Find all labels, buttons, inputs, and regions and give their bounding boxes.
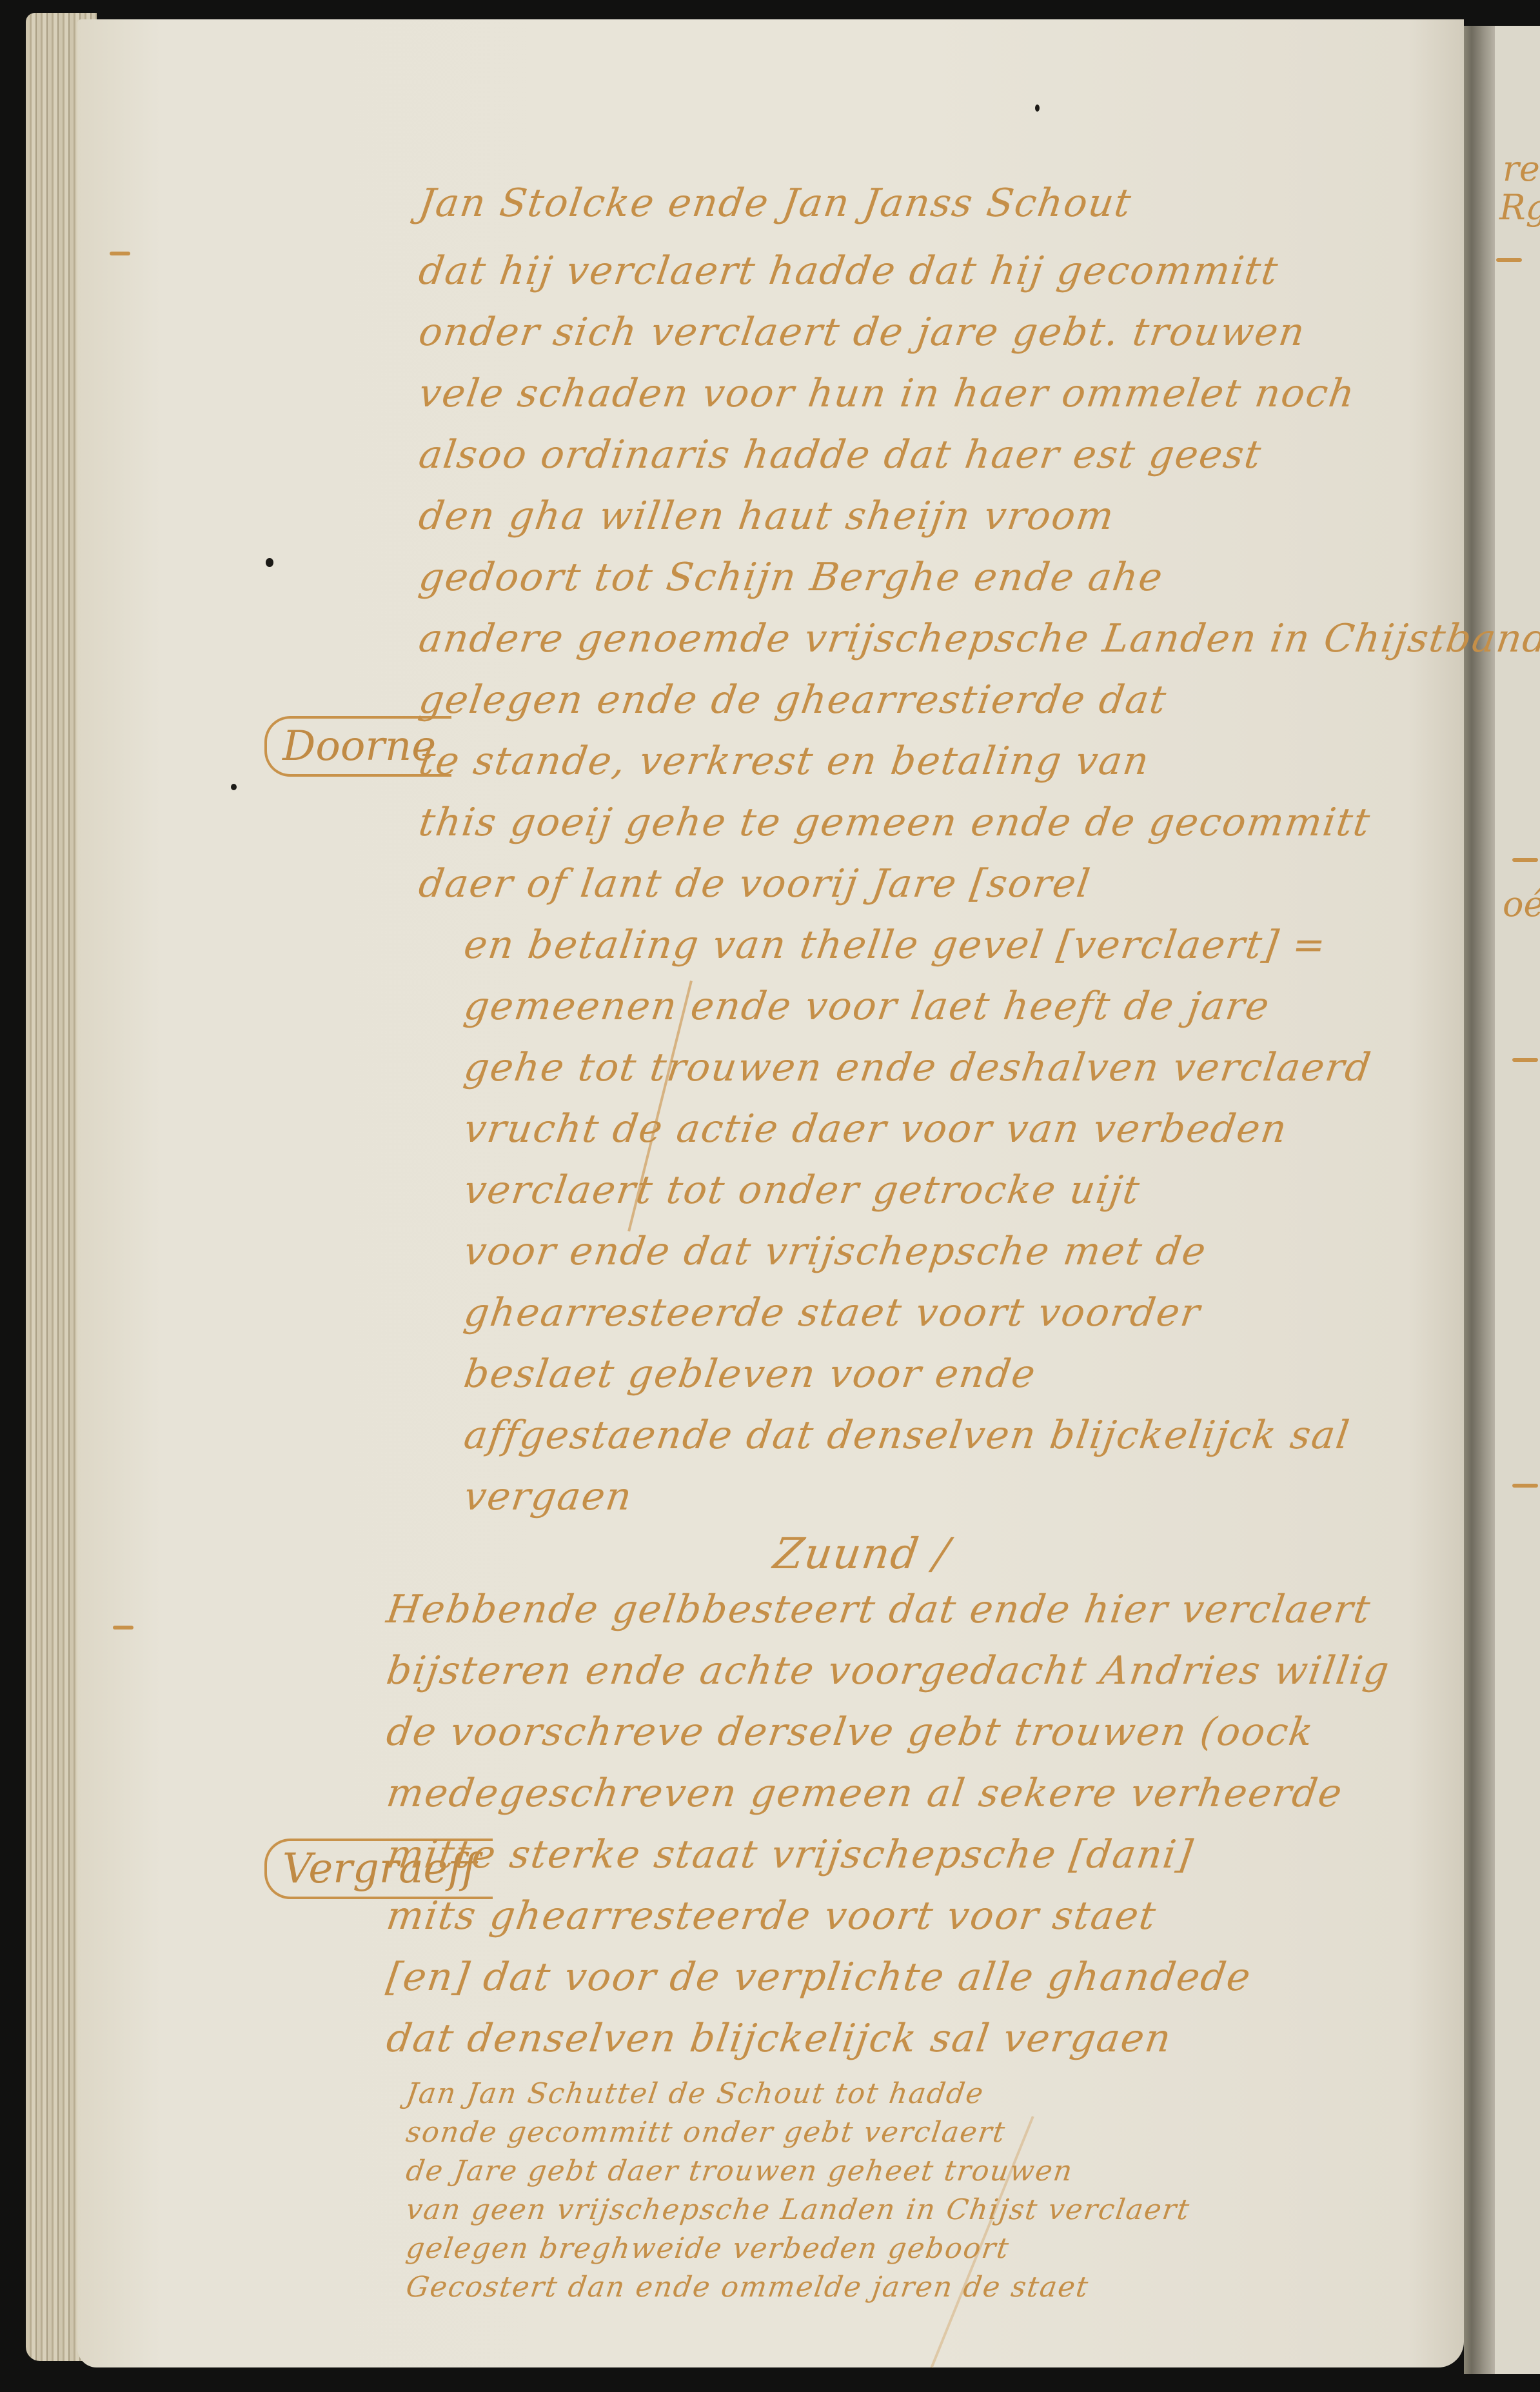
manuscript-line: den gha willen haut sheijn vroom [416, 493, 1118, 539]
manuscript-line: gedoort tot Schijn Berghe ende ahe [416, 555, 1167, 600]
manuscript-line: mitte sterke staat vrijschepsche [dani] [384, 1832, 1196, 1877]
ink-blot [231, 784, 237, 790]
manuscript-line: daer of lant de voorij Jare [sorel [416, 861, 1094, 906]
manuscript-line: ghearresteerde staet voort voorder [461, 1290, 1203, 1335]
manuscript-line: voor ende dat vrijschepsche met de [461, 1229, 1210, 1274]
manuscript-line: vrucht de actie daer voor van verbeden [461, 1106, 1290, 1151]
manuscript-line: de voorschreve derselve gebt trouwen (oo… [384, 1709, 1317, 1755]
manuscript-line: de Jare gebt daer trouwen geheet trouwen [404, 2155, 1075, 2188]
manuscript-line: this goeij gehe te gemeen ende de gecomm… [416, 800, 1374, 845]
manuscript-line: medegeschreven gemeen al sekere verheerd… [384, 1771, 1346, 1816]
manuscript-line: gemeenen ende voor laet heeft de jare [461, 984, 1273, 1029]
manuscript-line: gehe tot trouwen ende deshalven verclaer… [461, 1045, 1374, 1090]
facing-page-dash [1496, 258, 1522, 262]
ink-blot [1035, 105, 1040, 112]
manuscript-line: en betaling van thelle gevel [verclaert]… [461, 922, 1330, 968]
margin-dash [110, 252, 130, 255]
manuscript-line: andere genoemde vrijschepsche Landen in … [416, 616, 1540, 661]
ink-blot [266, 558, 273, 567]
margin-dash [113, 1626, 133, 1630]
manuscript-line: Gecostert dan ende ommelde jaren de stae… [404, 2271, 1091, 2304]
facing-page-text: regh [1503, 148, 1540, 189]
manuscript-line: alsoo ordinaris hadde dat haer est geest [416, 432, 1265, 477]
manuscript-line: vele schaden voor hun in haer ommelet no… [416, 371, 1358, 416]
manuscript-line: dat denselven blijckelijck sal vergaen [384, 2016, 1174, 2061]
manuscript-line: mits ghearresteerde voort voor staet [384, 1893, 1160, 1939]
manuscript-line: onder sich verclaert de jare gebt. trouw… [416, 310, 1308, 355]
manuscript-line: gelegen breghweide verbeden geboort [404, 2232, 1011, 2265]
manuscript-line: Jan Jan Schuttel de Schout tot hadde [404, 2077, 986, 2110]
manuscript-line: beslaet gebleven voor ende [461, 1351, 1039, 1397]
facing-page-edge [1495, 26, 1540, 2374]
facing-page-dash [1512, 1484, 1538, 1488]
manuscript-line: affgestaende dat denselven blijckelijck … [461, 1413, 1353, 1458]
manuscript-line: Hebbende gelbbesteert dat ende hier verc… [384, 1587, 1374, 1632]
facing-page-text: Rg [1499, 187, 1540, 228]
facing-page-dash [1512, 858, 1538, 862]
manuscript-line: gelegen ende de ghearrestierde dat [416, 677, 1170, 723]
manuscript-line: verclaert tot onder getrocke uijt [461, 1168, 1143, 1213]
facing-page-dash [1512, 1058, 1538, 1062]
manuscript-line: Jan Stolcke ende Jan Janss Schout [416, 181, 1134, 226]
facing-page-text: oé [1503, 884, 1540, 924]
manuscript-line: sonde gecommitt onder gebt verclaert [404, 2116, 1008, 2149]
manuscript-line: dat hij verclaert hadde dat hij gecommit… [416, 248, 1281, 294]
manuscript-line: vergaen [461, 1474, 635, 1519]
manuscript-line: te stande, verkrest en betaling van [416, 739, 1152, 784]
manuscript-line: [en] dat voor de verplichte alle ghanded… [384, 1955, 1254, 2000]
manuscript-line: bijsteren ende achte voorgedacht Andries… [384, 1648, 1393, 1693]
section-heading: Zuund / [771, 1529, 954, 1579]
manuscript-line: van geen vrijschepsche Landen in Chijst … [404, 2193, 1192, 2226]
